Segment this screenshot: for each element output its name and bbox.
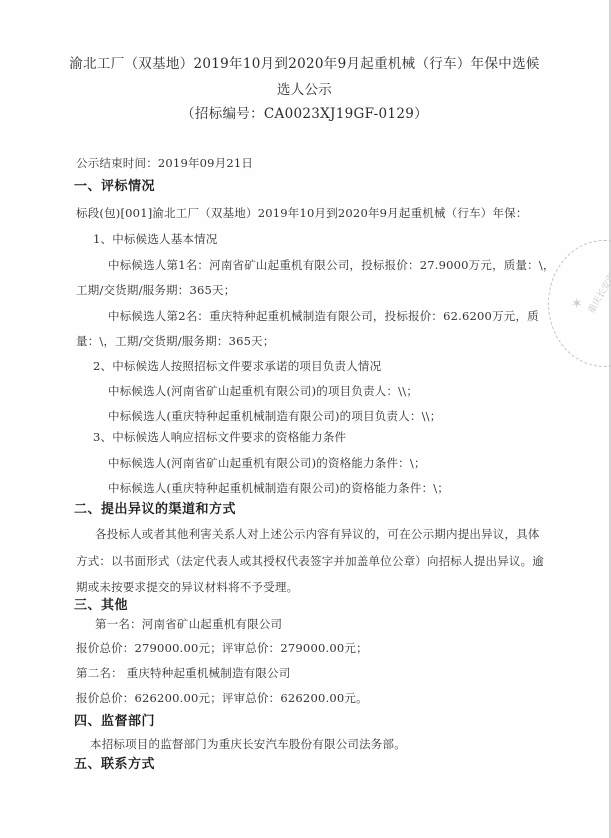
qualification-2: 中标候选人(重庆特种起重机械制造有限公司)的资格能力条件：\； xyxy=(108,481,449,495)
lot-description: 标段(包)[001]渝北工厂（双基地）2019年10月到2020年9月起重机械（… xyxy=(76,206,528,220)
supervision-department-text: 本招标项目的监督部门为重庆长安汽车股份有限公司法务部。 xyxy=(90,737,406,751)
second-place-name: 第二名： 重庆特种起重机械制造有限公司 xyxy=(76,666,290,680)
candidate-1-line1: 中标候选人第1名：河南省矿山起重机有限公司，投标报价：27.9000万元，质量：… xyxy=(108,258,555,272)
company-seal-stamp: 重庆长安汽车股份有限公司 ✶ xyxy=(548,240,611,367)
section-3-heading: 三、其他 xyxy=(74,598,128,614)
candidate-2-line2: 量：\，工期/交货期/服务期：365天； xyxy=(76,334,275,348)
document-page: 渝北工厂（双基地）2019年10月到2020年9月起重机械（行车）年保中选候 选… xyxy=(0,0,611,838)
subsection-2-title: 2、中标候选人按照招标文件要求承诺的项目负责人情况 xyxy=(93,359,381,373)
qualification-1: 中标候选人(河南省矿山起重机有限公司)的资格能力条件：\； xyxy=(108,456,426,470)
subsection-1-title: 1、中标候选人基本情况 xyxy=(93,232,218,246)
candidate-1-line2: 工期/交货期/服务期：365天； xyxy=(76,283,235,297)
second-place-price: 报价总价：626200.00元；评审总价：626200.00元。 xyxy=(76,691,368,705)
project-manager-2: 中标候选人(重庆特种起重机械制造有限公司)的项目负责人：\\； xyxy=(108,409,441,423)
objection-paragraph-line1: 各投标人或者其他利害关系人对上述公示内容有异议的，可在公示期内提出异议，具体 xyxy=(95,527,540,541)
candidate-2-line1: 中标候选人第2名：重庆特种起重机械制造有限公司，投标报价：62.6200万元，质 xyxy=(108,309,539,323)
project-manager-1: 中标候选人(河南省矿山起重机有限公司)的项目负责人：\\； xyxy=(108,384,418,398)
seal-text: 重庆长安汽车股份有限公司 xyxy=(584,215,611,315)
section-5-heading: 五、联系方式 xyxy=(74,757,155,773)
subsection-3-title: 3、中标候选人响应招标文件要求的资格能力条件 xyxy=(93,430,346,444)
section-2-heading: 二、提出异议的渠道和方式 xyxy=(74,502,236,518)
first-place-name: 第一名：河南省矿山起重机有限公司 xyxy=(95,617,282,631)
document-title-line2: 选人公示 xyxy=(0,82,609,98)
objection-paragraph-line2: 方式：以书面形式（法定代表人或其授权代表签字并加盖单位公章）向招标人提出异议。逾 xyxy=(76,554,544,568)
section-4-heading: 四、监督部门 xyxy=(74,714,155,730)
announcement-end-time: 公示结束时间：2019年09月21日 xyxy=(76,156,253,170)
document-title-line1: 渝北工厂（双基地）2019年10月到2020年9月起重机械（行车）年保中选候 xyxy=(0,56,609,72)
first-place-price: 报价总价：279000.00元；评审总价：279000.00元； xyxy=(76,641,368,655)
section-1-heading: 一、评标情况 xyxy=(74,179,155,195)
objection-paragraph-line3: 期或未按要求提交的异议材料将不予受理。 xyxy=(76,580,298,594)
seal-star-icon: ✶ xyxy=(571,296,583,312)
tender-number: （招标编号：CA0023XJ19GF-0129） xyxy=(0,106,609,122)
